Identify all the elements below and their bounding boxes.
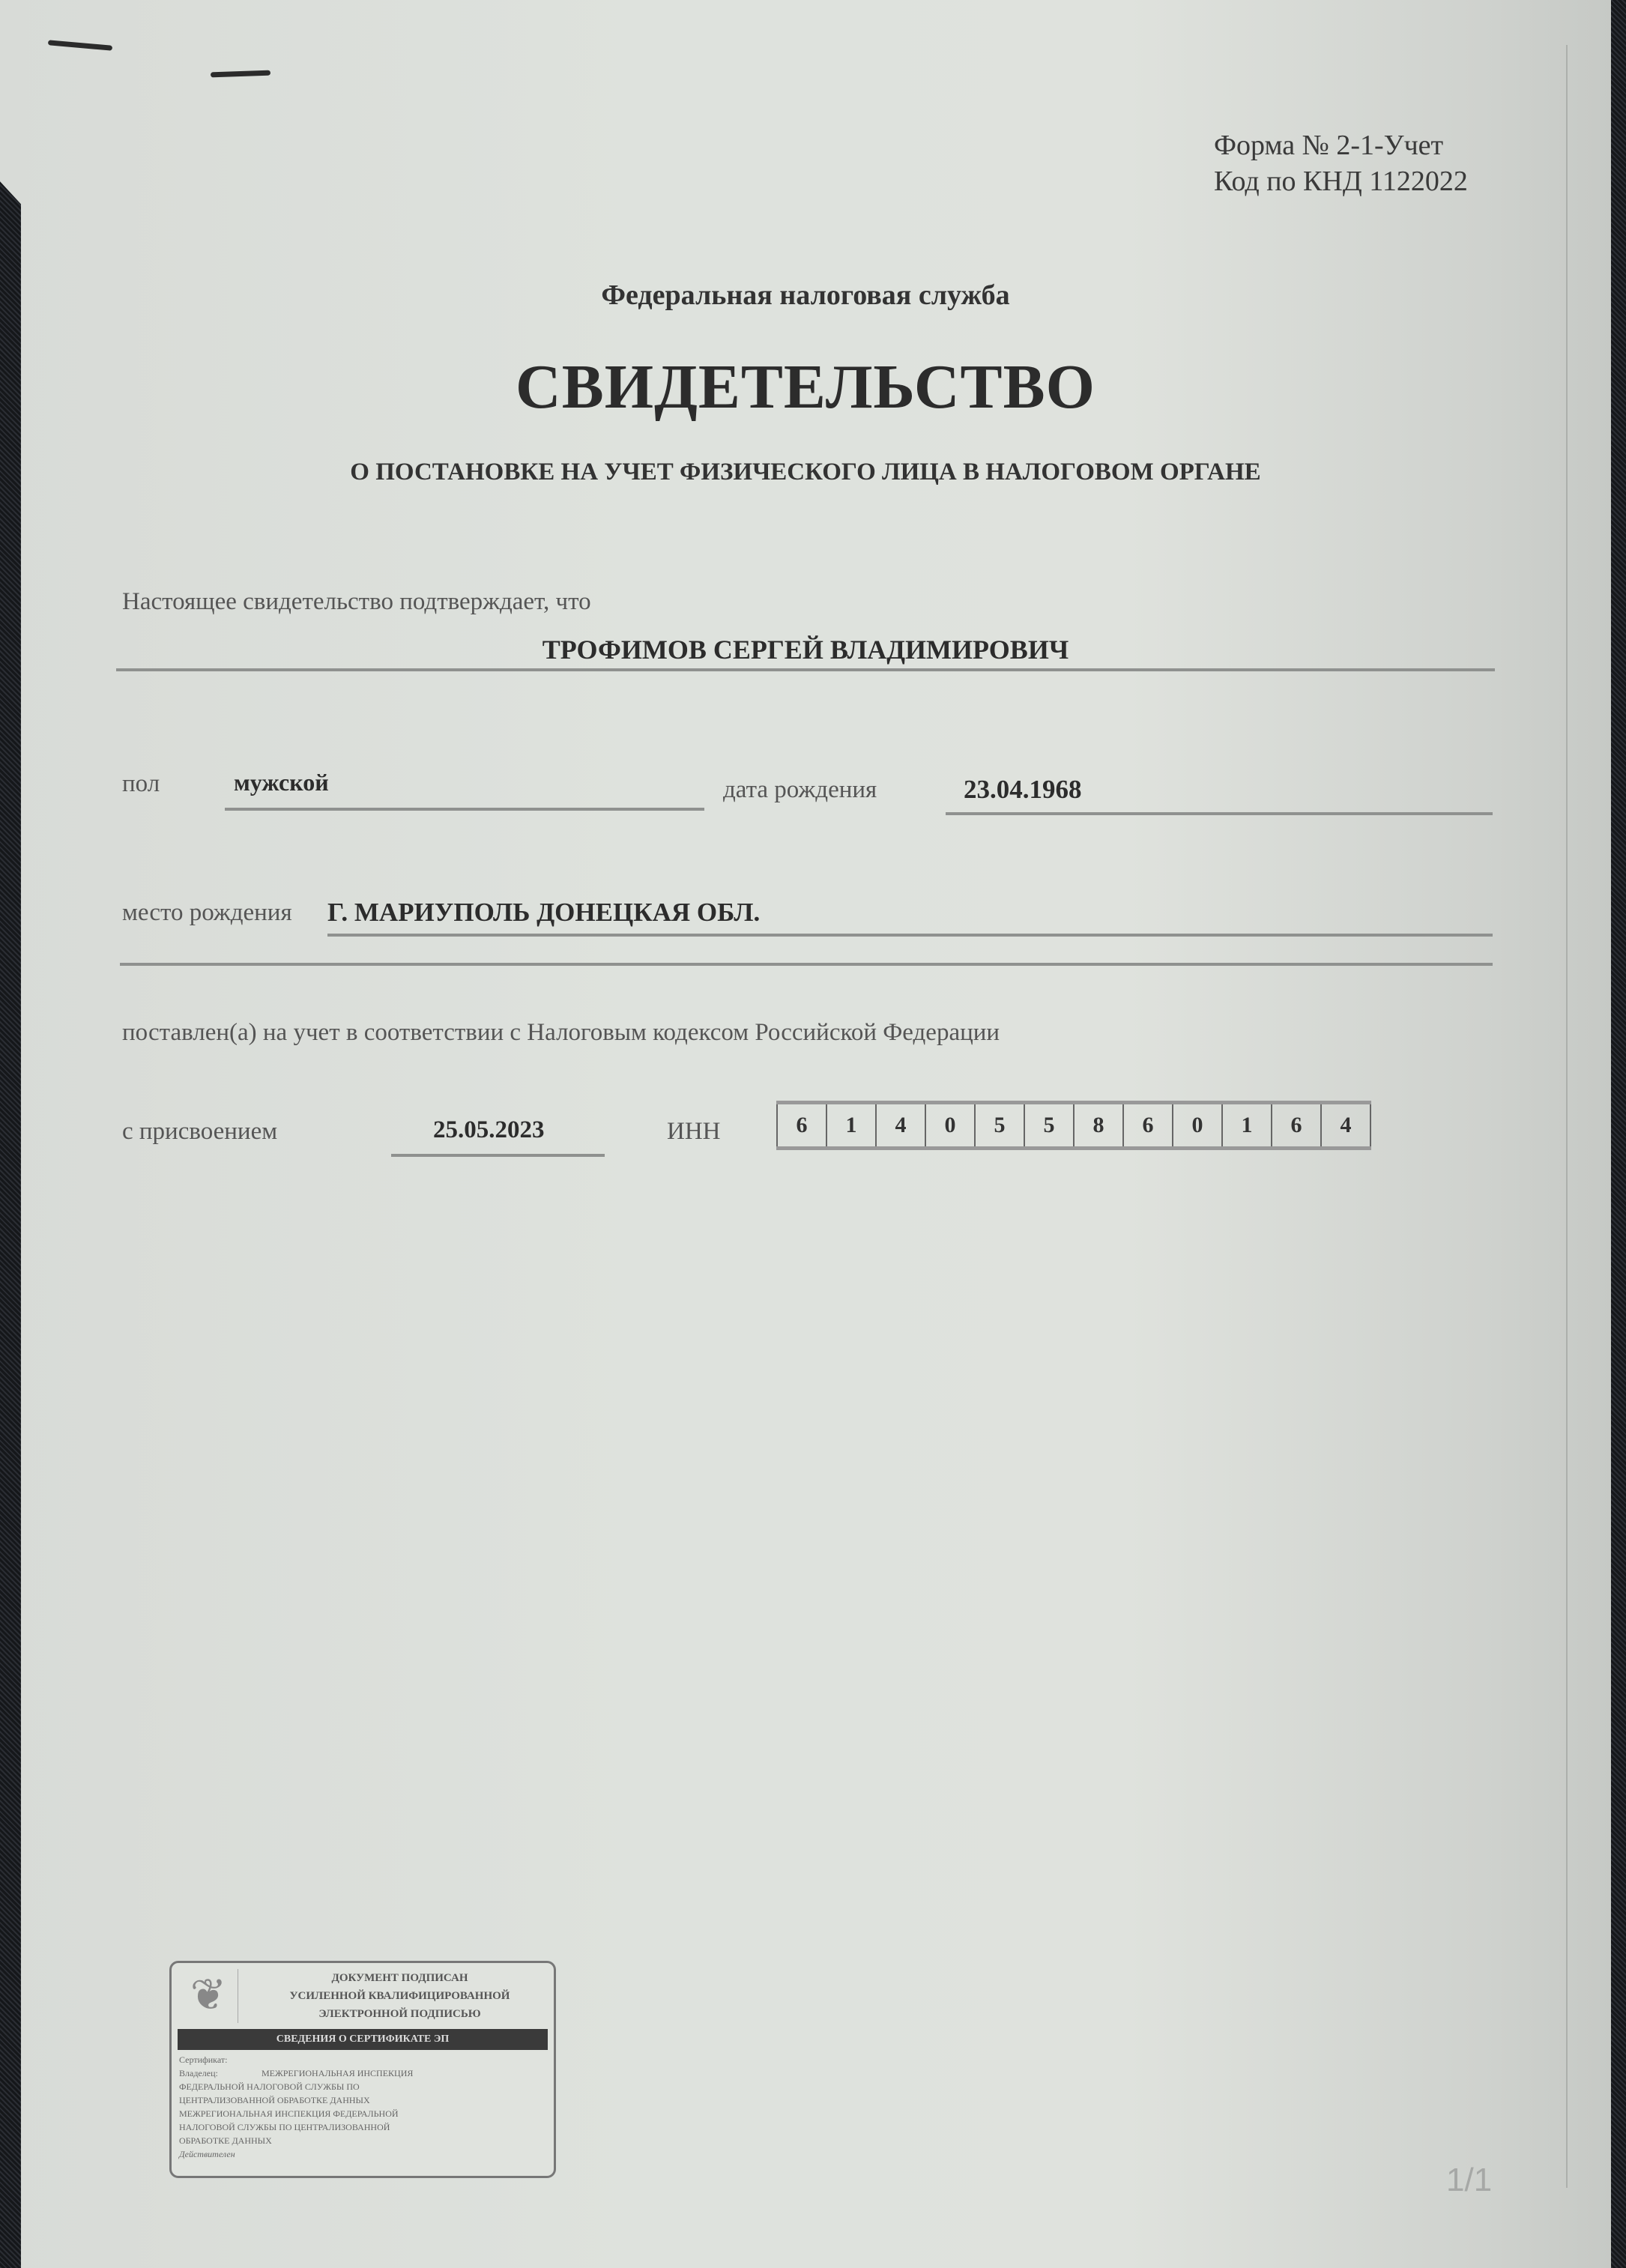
page-indicator: 1/1 [1446,2162,1492,2199]
inn-grid: 614055860164 [776,1101,1371,1150]
inn-label: ИНН [667,1118,721,1146]
stamp-bar: СВЕДЕНИЯ О СЕРТИФИКАТЕ ЭП [178,2029,548,2050]
coat-of-arms-icon: ❦ [179,1969,238,2023]
sex-label: пол [122,770,160,798]
form-number: Форма № 2-1-Учет [1214,127,1468,163]
inn-digit-cell: 0 [925,1104,974,1146]
valid-label: Действителен [179,2147,546,2161]
inn-digit-cell: 5 [1024,1104,1073,1146]
stamp-body: Сертификат: Владелец:МЕЖРЕГИОНАЛЬНАЯ ИНС… [172,2050,554,2164]
e-signature-stamp: ❦ ДОКУМЕНТ ПОДПИСАН УСИЛЕННОЙ КВАЛИФИЦИР… [169,1961,556,2178]
birth-place-underline-2 [120,963,1493,966]
assigned-label: с присвоением [122,1118,277,1146]
inn-digit-cell: 4 [1320,1104,1371,1146]
inn-digit-cell: 0 [1172,1104,1221,1146]
document-title: СВИДЕТЕЛЬСТВО [0,351,1611,423]
certificate-label: Сертификат: [179,2053,262,2066]
document-subtitle: О ПОСТАНОВКЕ НА УЧЕТ ФИЗИЧЕСКОГО ЛИЦА В … [0,459,1611,486]
inn-digit-cell: 8 [1073,1104,1122,1146]
sex-value: мужской [234,769,329,796]
inn-digit-cell: 1 [1221,1104,1271,1146]
birth-date-label: дата рождения [723,776,877,804]
sex-underline [225,808,704,811]
birth-place-value: Г. МАРИУПОЛЬ ДОНЕЦКАЯ ОБЛ. [327,898,760,928]
birth-place-underline [327,934,1493,937]
agency-name: Федеральная налоговая служба [0,279,1611,312]
birth-place-label: место рождения [122,899,292,927]
form-meta: Форма № 2-1-Учет Код по КНД 1122022 [1214,127,1468,199]
inn-digit-cell: 1 [826,1104,875,1146]
assigned-date-underline [391,1154,605,1157]
knd-code: Код по КНД 1122022 [1214,163,1468,199]
registration-text: поставлен(а) на учет в соответствии с На… [122,1019,1000,1047]
full-name: ТРОФИМОВ СЕРГЕЙ ВЛАДИМИРОВИЧ [0,634,1611,665]
inn-digit-cell: 6 [1122,1104,1172,1146]
inn-digit-cell: 6 [776,1104,826,1146]
stamp-title: ДОКУМЕНТ ПОДПИСАН УСИЛЕННОЙ КВАЛИФИЦИРОВ… [246,1963,554,2029]
inn-digit-cell: 4 [875,1104,925,1146]
inn-digit-cell: 5 [974,1104,1024,1146]
owner-label: Владелец: [179,2066,262,2080]
name-underline [116,668,1495,671]
birth-date-underline [946,812,1493,815]
inn-digit-cell: 6 [1271,1104,1320,1146]
intro-text: Настоящее свидетельство подтверждает, чт… [122,588,591,616]
birth-date-value: 23.04.1968 [964,775,1082,805]
assigned-date: 25.05.2023 [433,1116,545,1144]
